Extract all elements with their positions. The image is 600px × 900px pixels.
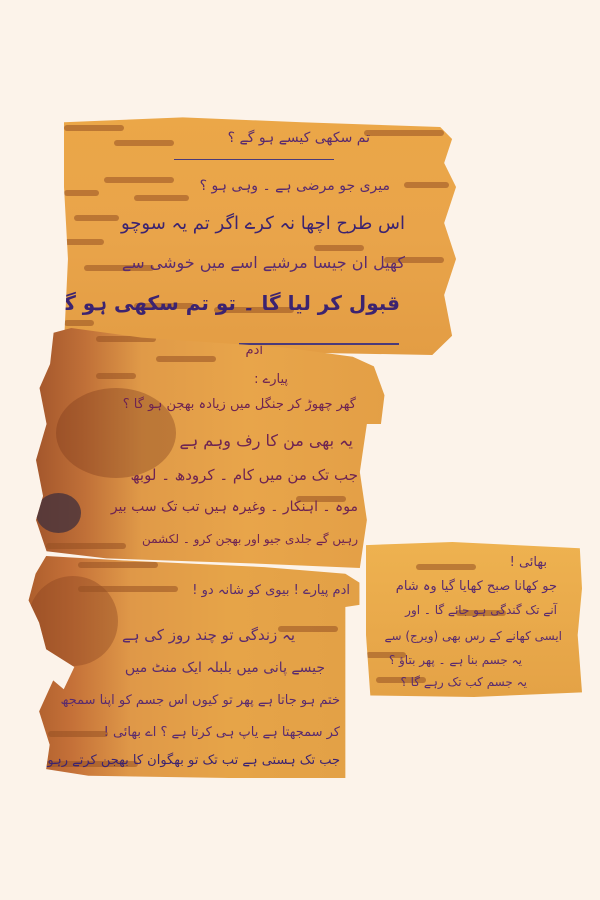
urdu-line: یہ جسم بنا ہے ۔ پھر بتاؤ ؟ — [389, 654, 522, 666]
urdu-line: میری جو مرضی ہے ۔ وہی ہو ؟ — [200, 179, 390, 193]
urdu-line: اس طرح اچھا نہ کرے اگر تم یہ سوچو — [121, 215, 405, 233]
urdu-line: کر سمجھتا ہے یاپ ہی کرتا ہے ؟ اے بھائی ! — [104, 726, 340, 739]
urdu-line: یہ بھی من کا رف وہم ہے — [179, 433, 353, 449]
urdu-line: قبول کر لیا گا ۔ تو تم سکھی ہو گے — [52, 293, 400, 313]
urdu-line: گھر چھوڑ کر جنگل میں زیادہ بھجن ہو گا ؟ — [123, 398, 356, 411]
bark-fragment-bottom-left: ادم پیارے ! بیوی کو شانہ دو ! یہ زندگی ت… — [18, 556, 370, 778]
urdu-line: ایسی کھانے کے رس بھی (ویرج) سے — [384, 630, 562, 642]
urdu-line: جب تک من میں کام ۔ کرودھ ۔ لوبھ — [130, 468, 358, 483]
dark-stain — [36, 493, 81, 533]
urdu-line: بھائی ! — [510, 556, 547, 569]
urdu-line: موہ ۔ اہنکار ۔ وغیرہ ہیں تب تک سب بیر — [111, 500, 358, 514]
bark-fragment-top: تم سکھی کیسے ہو گے ؟ میری جو مرضی ہے ۔ و… — [64, 115, 460, 355]
bark-fragment-bottom-right: بھائی ! جو کھانا صبح کھایا گیا وہ شام آن… — [366, 542, 582, 697]
urdu-line: آنے تک گندگی ہو جائے گا ۔ اور — [405, 604, 557, 616]
urdu-line: یہ جسم کب تک رہے گا ؟ — [400, 676, 527, 688]
signature-stroke — [239, 343, 399, 345]
urdu-line: ادم پیارے ! بیوی کو شانہ دو ! — [192, 584, 350, 597]
urdu-line: جب تک ہستی ہے تب تک تو بھگوان کا بھجن کر… — [47, 754, 340, 767]
bark-fragment-middle: ادم پیارے : گھر چھوڑ کر جنگل میں زیادہ ب… — [36, 328, 388, 568]
urdu-line: رہیں گے جلدی جیو اور بھجن کرو ۔ لکشمن — [142, 533, 358, 545]
urdu-line: کھیل ان جیسا مرشیے اسے میں خوشی سے — [122, 255, 405, 271]
urdu-line: تم سکھی کیسے ہو گے ؟ — [228, 131, 370, 145]
underline-stroke — [174, 159, 334, 160]
urdu-line: جو کھانا صبح کھایا گیا وہ شام — [396, 580, 557, 593]
urdu-line: جیسے پانی میں بلبلہ ایک منٹ میں — [125, 661, 325, 675]
urdu-line: ادم — [246, 344, 263, 357]
urdu-line: ختم ہو جاتا ہے پھر تو کیوں اس جسم کو اپن… — [61, 694, 341, 707]
urdu-line: یہ زندگی تو چند روز کی ہے — [122, 628, 295, 643]
urdu-line: پیارے : — [254, 373, 288, 386]
